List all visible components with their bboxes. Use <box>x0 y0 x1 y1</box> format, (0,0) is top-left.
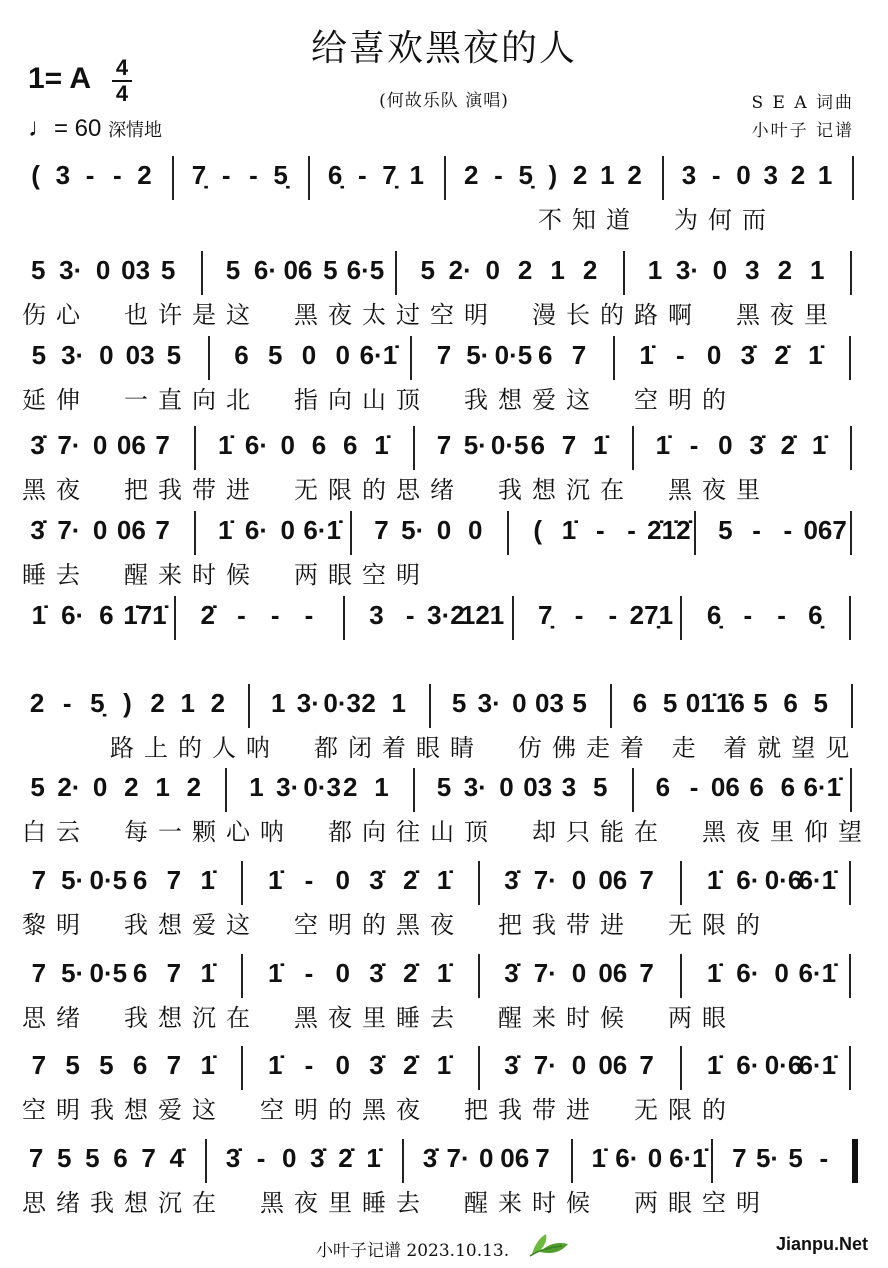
note: 1 <box>241 772 272 802</box>
note: 1 <box>594 160 621 190</box>
extension-dash: - <box>292 1050 326 1080</box>
barline <box>851 684 853 728</box>
note: 5̣ <box>82 688 112 718</box>
note: 2̇ <box>191 600 225 630</box>
note: 3 <box>49 160 76 190</box>
note: 0 <box>730 160 757 190</box>
note: 7 <box>135 1143 163 1173</box>
note: 6 <box>123 958 157 988</box>
barline <box>208 336 210 380</box>
note: 03 <box>534 688 564 718</box>
lyrics-line: 路上的人呐 都闭着眼睛 仿佛走着 走 着就望见 <box>110 728 859 763</box>
note: 6·5 <box>347 255 379 285</box>
note: 6· <box>241 430 272 460</box>
note: 5 <box>50 1143 78 1173</box>
note: 7 <box>22 1050 56 1080</box>
note: 0 <box>641 1143 669 1173</box>
note: 1̇ <box>585 430 616 460</box>
note: 5 <box>585 772 616 802</box>
note: 4̇ <box>163 1143 191 1173</box>
note: 6· <box>56 600 90 630</box>
barline <box>632 426 634 470</box>
note: 0 <box>491 772 522 802</box>
barline <box>623 251 625 295</box>
lyrics-line: 思绪 我想沉在 黑夜里睡去 醒来时候 两眼 <box>22 998 736 1033</box>
note: 6· <box>249 255 281 285</box>
note: 6 <box>625 688 655 718</box>
barline <box>478 1046 480 1090</box>
note: 7· <box>444 1143 472 1173</box>
final-barline <box>852 1139 858 1183</box>
note: 06 <box>710 772 741 802</box>
note: 7 <box>725 1143 753 1173</box>
note: 7· <box>528 958 562 988</box>
repeat-paren: ) <box>539 160 566 190</box>
note: 7 <box>428 430 459 460</box>
note: 7 <box>562 340 596 370</box>
footer-signature: 小叶子记谱 2023.10.13. <box>316 1236 509 1261</box>
note: 3 <box>757 160 784 190</box>
barline <box>852 156 854 200</box>
extension-dash: - <box>104 160 131 190</box>
lyrics-line: 黎明 我想爱这 空明的黑夜 把我带进 无限的 <box>22 905 770 940</box>
note: 1̇ <box>191 865 225 895</box>
note: 0 <box>85 515 116 545</box>
note: 0·5 <box>491 430 522 460</box>
note: 06 <box>500 1143 528 1173</box>
lyrics-line: 不知道 为何而 <box>538 200 776 235</box>
extension-dash: - <box>52 688 82 718</box>
extension-dash: - <box>585 515 616 545</box>
note: 2̇ <box>393 1050 427 1080</box>
note: 2̇ <box>772 430 803 460</box>
note: 3̇ <box>495 865 529 895</box>
note: 5 <box>22 255 54 285</box>
barline <box>849 861 851 905</box>
note: 2 <box>769 255 801 285</box>
lyrics-line: 延伸 一直向北 指向山顶 我想爱这 空明的 <box>22 380 736 415</box>
barline <box>308 156 310 200</box>
note: 0 <box>90 340 124 370</box>
note: 2 <box>567 160 594 190</box>
barline <box>402 1139 404 1183</box>
note: 5 <box>444 688 474 718</box>
note: 0 <box>87 255 119 285</box>
note: 0 <box>710 430 741 460</box>
note: 1̇ <box>697 865 731 895</box>
barline <box>343 596 345 640</box>
note: 1̇ <box>553 515 584 545</box>
note: 1̇ <box>427 958 461 988</box>
note: 5· <box>397 515 428 545</box>
note: 0 <box>562 958 596 988</box>
note: 1̇6 <box>715 688 745 718</box>
repeat-paren: ( <box>522 515 553 545</box>
note: 7 <box>157 1050 191 1080</box>
note: 1 <box>812 160 839 190</box>
note: 2· <box>444 255 476 285</box>
note: 6·1̇ <box>360 340 394 370</box>
note: 0·6 <box>765 1050 799 1080</box>
quarter-note-icon: ♩ <box>28 112 54 143</box>
note: 27̣1 <box>630 600 664 630</box>
note: 3̇ <box>731 340 765 370</box>
extension-dash: - <box>616 515 647 545</box>
note: 01̇ <box>685 688 715 718</box>
note: 0 <box>326 958 360 988</box>
note: 3· <box>54 255 86 285</box>
note: 3̇ <box>219 1143 247 1173</box>
extension-dash: - <box>810 1143 838 1173</box>
note: 06 <box>282 255 314 285</box>
note: 2 <box>203 688 233 718</box>
note: 7 <box>157 958 191 988</box>
barline <box>395 251 397 295</box>
note: 5 <box>412 255 444 285</box>
barline <box>410 336 412 380</box>
note: 1̇ <box>22 600 56 630</box>
note: 0 <box>460 515 491 545</box>
note: 2 <box>509 255 541 285</box>
extension-dash: - <box>562 600 596 630</box>
note: 0 <box>765 958 799 988</box>
note: 7 <box>147 515 178 545</box>
barline <box>849 1046 851 1090</box>
barline <box>350 511 352 555</box>
note: 3 <box>360 600 394 630</box>
note: 7 <box>630 1050 664 1080</box>
note: 0·5 <box>90 865 124 895</box>
repeat-paren: ) <box>112 688 142 718</box>
note: 7 <box>528 1143 556 1173</box>
note: 0 <box>85 772 116 802</box>
note: 6·1̇ <box>669 1143 697 1173</box>
note: 3· <box>293 688 323 718</box>
note: 0 <box>704 255 736 285</box>
repeat-paren: ( <box>22 160 49 190</box>
note: 5̣ <box>267 160 294 190</box>
note: 2̇ <box>393 865 427 895</box>
note: 5· <box>56 958 90 988</box>
note: 6̣ <box>321 160 348 190</box>
barline <box>194 511 196 555</box>
barline <box>850 426 852 470</box>
note: 2̇ <box>331 1143 359 1173</box>
note: 121 <box>461 600 495 630</box>
note: 7 <box>427 340 461 370</box>
lyrics-line: 睡去 醒来时候 两眼空明 <box>22 555 430 590</box>
note: 3̇ <box>303 1143 331 1173</box>
note: 1̇ <box>647 430 678 460</box>
time-numerator: 4 <box>116 55 128 80</box>
note: 2 <box>784 160 811 190</box>
note: 2̇1̇2̇ <box>647 515 678 545</box>
note: 1 <box>541 255 573 285</box>
note: 0 <box>326 865 360 895</box>
note: 0 <box>85 430 116 460</box>
note: 0 <box>272 430 303 460</box>
note: 0 <box>326 340 360 370</box>
note: 2̇ <box>765 340 799 370</box>
extension-dash: - <box>292 600 326 630</box>
note: 6 <box>123 865 157 895</box>
note: 2 <box>143 688 173 718</box>
note: 03 <box>123 340 157 370</box>
note: 1 <box>147 772 178 802</box>
barline <box>680 954 682 998</box>
note: 5 <box>782 1143 810 1173</box>
barline <box>850 768 852 812</box>
note: 5· <box>753 1143 781 1173</box>
note: 3· <box>474 688 504 718</box>
barline <box>248 684 250 728</box>
note: 1 <box>403 160 430 190</box>
note: 2 <box>574 255 606 285</box>
note: 0·6 <box>765 865 799 895</box>
note: 1̇ <box>697 958 731 988</box>
extension-dash: - <box>678 772 709 802</box>
note: 1̇ <box>191 1050 225 1080</box>
note: 3· <box>56 340 90 370</box>
note: 5 <box>78 1143 106 1173</box>
note: 5 <box>314 255 346 285</box>
note: 6·1̇ <box>798 1050 832 1080</box>
note: 1̇ <box>798 340 832 370</box>
note: 3̇ <box>495 958 529 988</box>
tempo-value: = 60 <box>54 115 101 142</box>
note: 7 <box>22 958 56 988</box>
note: 1̇ <box>585 1143 613 1173</box>
note: 6 <box>522 430 553 460</box>
note: 0·3 <box>303 772 334 802</box>
extension-dash: - <box>349 160 376 190</box>
barline <box>680 861 682 905</box>
extension-dash: - <box>596 600 630 630</box>
barline <box>571 1139 573 1183</box>
barline <box>205 1139 207 1183</box>
barline <box>241 954 243 998</box>
note: 5 <box>745 688 775 718</box>
note: 1̇71̇ <box>123 600 157 630</box>
note: 6· <box>731 958 765 988</box>
extension-dash: - <box>292 958 326 988</box>
note: 3̇ <box>495 1050 529 1080</box>
extension-dash: - <box>213 160 240 190</box>
note: 0 <box>272 515 303 545</box>
note: 1 <box>366 772 397 802</box>
note: 7 <box>553 430 584 460</box>
note: 6̣ <box>798 600 832 630</box>
note: 1̇ <box>258 865 292 895</box>
note: 1 <box>384 688 414 718</box>
note: 6 <box>647 772 678 802</box>
note: 6 <box>123 1050 157 1080</box>
note: 03 <box>119 255 151 285</box>
barline <box>413 426 415 470</box>
extension-dash: - <box>765 600 799 630</box>
note: 2· <box>53 772 84 802</box>
note: 0 <box>472 1143 500 1173</box>
extension-dash: - <box>772 515 803 545</box>
note: 7̣ <box>376 160 403 190</box>
note: 2 <box>22 688 52 718</box>
note: 06 <box>596 958 630 988</box>
note: 1̇ <box>191 958 225 988</box>
note: 2 <box>354 688 384 718</box>
transcriber: 小叶子 记谱 <box>752 116 854 141</box>
note: 1̇ <box>366 430 397 460</box>
note: 3̇ <box>22 515 53 545</box>
note: 0 <box>292 340 326 370</box>
extension-dash: - <box>76 160 103 190</box>
lyrics-line: 黑夜 把我带进 无限的思绪 我想沉在 黑夜里 <box>22 470 770 505</box>
barline <box>632 768 634 812</box>
note: 06 <box>596 865 630 895</box>
barline <box>850 511 852 555</box>
note: 7 <box>22 865 56 895</box>
note: 0 <box>562 865 596 895</box>
note: 2̇ <box>393 958 427 988</box>
lyricist-composer: S E A 词曲 <box>751 88 854 113</box>
note: 5 <box>428 772 459 802</box>
note: 3̇ <box>360 958 394 988</box>
lyrics-line: 白云 每一颗心呐 都向往山顶 却只能在 黑夜里仰望 <box>22 812 872 847</box>
note: 7 <box>22 1143 50 1173</box>
barline <box>849 596 851 640</box>
extension-dash: - <box>741 515 772 545</box>
note: 3̇ <box>360 865 394 895</box>
lyrics-line: 空明我想爱这 空明的黑夜 把我带进 无限的 <box>22 1090 736 1125</box>
note: 1̇ <box>427 865 461 895</box>
note: 0 <box>326 1050 360 1080</box>
barline <box>201 251 203 295</box>
note: 6· <box>731 865 765 895</box>
barline <box>711 1139 713 1183</box>
expression-text: 深情地 <box>108 120 162 141</box>
barline <box>849 954 851 998</box>
note: 2 <box>621 160 648 190</box>
note: 0·3 <box>323 688 353 718</box>
note: 6·1̇ <box>303 515 334 545</box>
note: 0 <box>428 515 459 545</box>
note: 6· <box>731 1050 765 1080</box>
note: 0 <box>697 340 731 370</box>
note: 1̇ <box>210 430 241 460</box>
note: 6 <box>90 600 124 630</box>
note: 6 <box>303 430 334 460</box>
extension-dash: - <box>240 160 267 190</box>
barline <box>174 596 176 640</box>
note: 3̇ <box>416 1143 444 1173</box>
note: 6 <box>106 1143 134 1173</box>
note: 3̇ <box>360 1050 394 1080</box>
note: 06 <box>596 1050 630 1080</box>
note: 2 <box>116 772 147 802</box>
note: 3̇ <box>22 430 53 460</box>
barline <box>662 156 664 200</box>
note: 6 <box>225 340 259 370</box>
extension-dash: - <box>663 340 697 370</box>
barline <box>507 511 509 555</box>
barline <box>478 861 480 905</box>
note: 3· <box>671 255 703 285</box>
note: 0 <box>504 688 534 718</box>
note: 6 <box>741 772 772 802</box>
note: 0 <box>275 1143 303 1173</box>
note: 3̇ <box>741 430 772 460</box>
note: 7 <box>157 865 191 895</box>
note: 1̇ <box>697 1050 731 1080</box>
extension-dash: - <box>731 600 765 630</box>
note: 06 <box>116 515 147 545</box>
note: 3·2 <box>427 600 461 630</box>
barline <box>241 861 243 905</box>
note: 5 <box>56 1050 90 1080</box>
extension-dash: - <box>485 160 512 190</box>
note: 6 <box>335 430 366 460</box>
note: 1 <box>801 255 833 285</box>
note: 2 <box>178 772 209 802</box>
note: 0 <box>562 1050 596 1080</box>
note: 5 <box>90 1050 124 1080</box>
note: 2 <box>458 160 485 190</box>
note: 1̇ <box>360 1143 388 1173</box>
note: 0 <box>476 255 508 285</box>
note: 7 <box>366 515 397 545</box>
note: 5 <box>22 772 53 802</box>
note: 06 <box>116 430 147 460</box>
note: 6· <box>241 515 272 545</box>
note: 7̣ <box>185 160 212 190</box>
extension-dash: - <box>393 600 427 630</box>
note: 1̇ <box>210 515 241 545</box>
note: 0·5 <box>90 958 124 988</box>
note: 7̣ <box>528 600 562 630</box>
note: 1 <box>639 255 671 285</box>
note: 6 <box>772 772 803 802</box>
note: 3 <box>553 772 584 802</box>
barline <box>680 1046 682 1090</box>
note: 5 <box>157 340 191 370</box>
note: 5· <box>56 865 90 895</box>
note: 5 <box>565 688 595 718</box>
extension-dash: - <box>703 160 730 190</box>
barline <box>694 511 696 555</box>
note: 1̇ <box>630 340 664 370</box>
note: 3· <box>272 772 303 802</box>
note: 2 <box>131 160 158 190</box>
note: 7 <box>630 865 664 895</box>
note: 6 <box>776 688 806 718</box>
note: 5 <box>152 255 184 285</box>
note: 6̣ <box>697 600 731 630</box>
extension-dash: - <box>258 600 292 630</box>
note: 5̣ <box>512 160 539 190</box>
note: 03 <box>522 772 553 802</box>
note: 7· <box>53 430 84 460</box>
note: 3 <box>675 160 702 190</box>
note: 5· <box>460 430 491 460</box>
note: 7 <box>147 430 178 460</box>
note: 6 <box>528 340 562 370</box>
note: 6·1̇ <box>803 772 834 802</box>
barline <box>680 596 682 640</box>
note: 7· <box>528 1050 562 1080</box>
note: 5· <box>461 340 495 370</box>
barline <box>512 596 514 640</box>
extension-dash: - <box>292 865 326 895</box>
extension-dash: - <box>678 430 709 460</box>
